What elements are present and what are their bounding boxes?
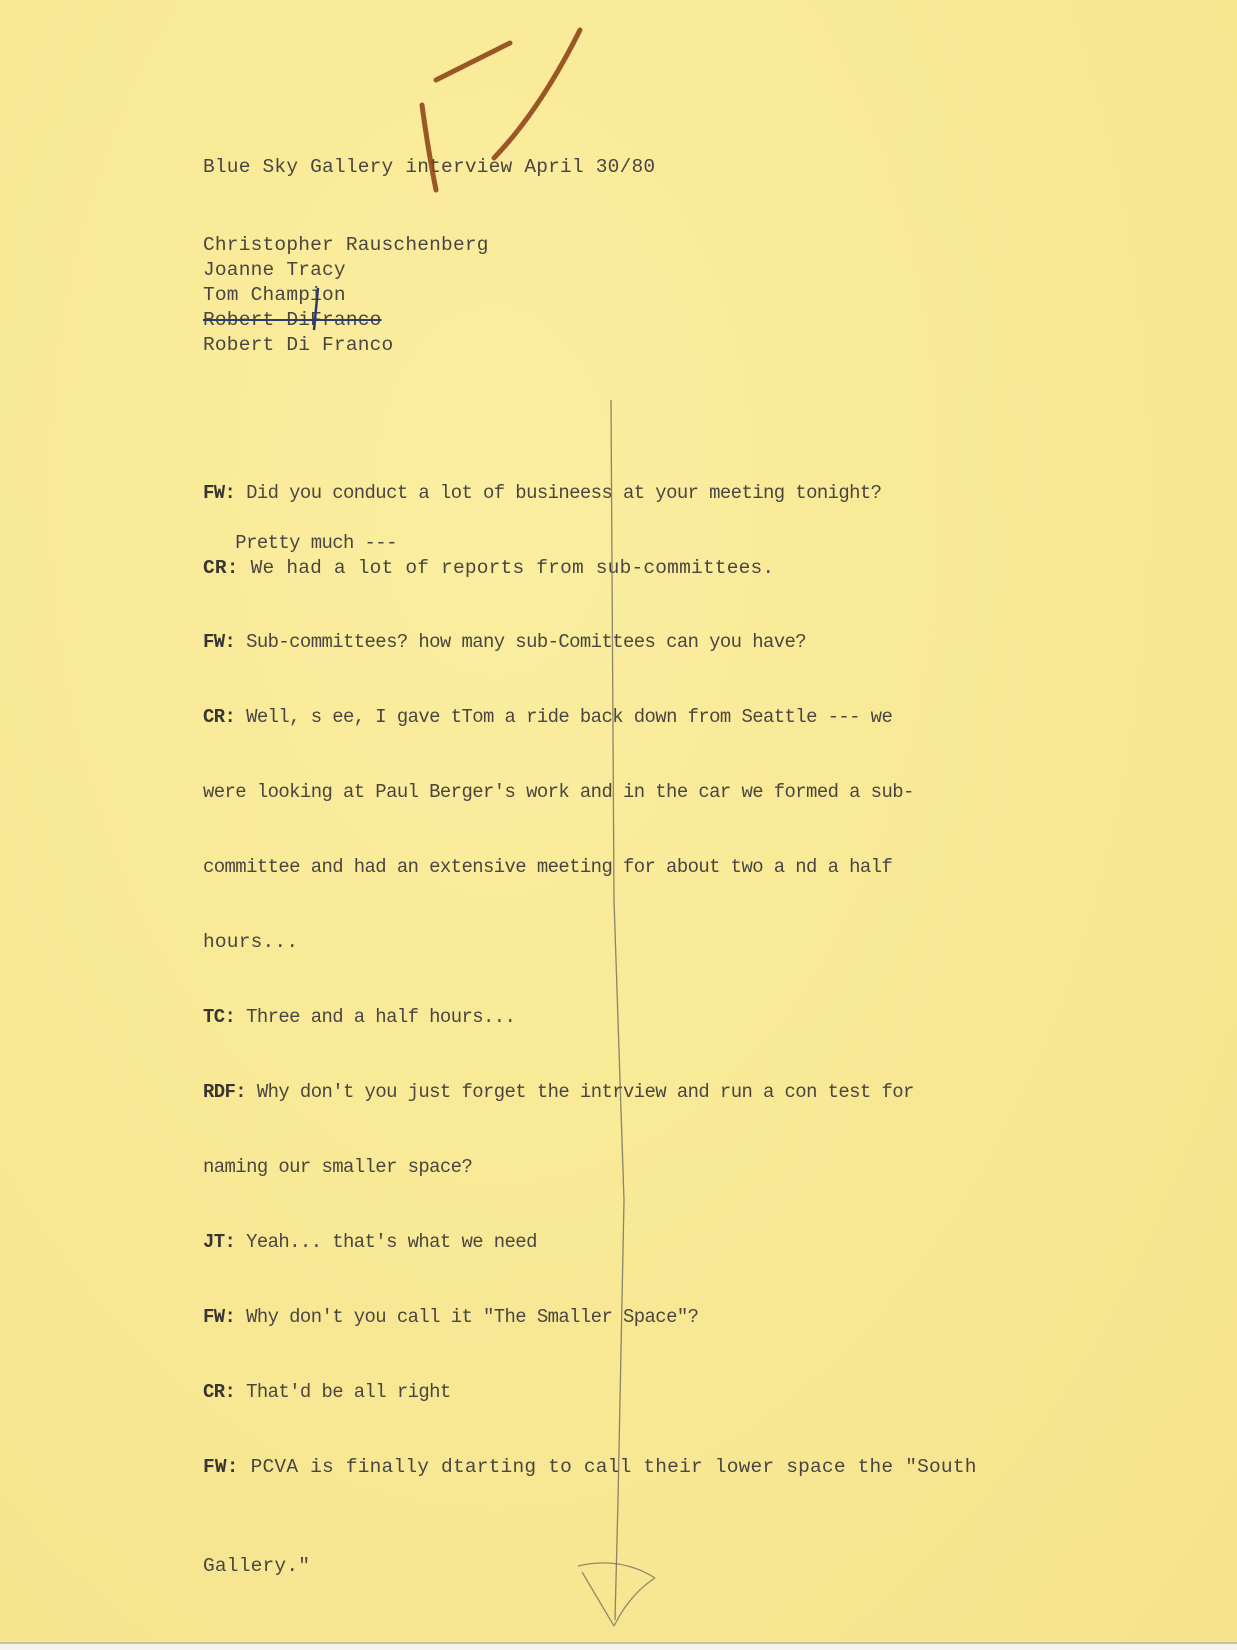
dialogue-line: JT: Yeah... that's what we need (203, 1231, 537, 1253)
dialogue-text: Sub-committees? how many sub-Comittees c… (235, 631, 806, 653)
participant-name: Tom Champion (203, 284, 346, 306)
dialogue-text: Gallery." (203, 1555, 310, 1577)
dialogue-line: FW: Did you conduct a lot of busineess a… (203, 482, 881, 504)
speaker-label: CR: (203, 706, 235, 728)
handwritten-marks (0, 0, 1237, 1642)
dialogue-line: hours... (203, 931, 298, 953)
participant-name-struck: Robert DiFranco (203, 309, 382, 331)
dialogue-text: Why don't you just forget the intrview a… (246, 1081, 914, 1103)
dialogue-line: Gallery." (203, 1555, 310, 1577)
dialogue-text: PCVA is finally dtarting to call their l… (239, 1456, 977, 1478)
dialogue-text: committee and had an extensive meeting f… (203, 856, 892, 878)
dialogue-text: We had a lot of reports from sub-committ… (239, 557, 775, 579)
speaker-label: FW: (203, 631, 235, 653)
dialogue-text: Did you conduct a lot of busineess at yo… (235, 482, 881, 504)
dialogue-text: were looking at Paul Berger's work and i… (203, 781, 914, 803)
pencil-guide-line (611, 400, 624, 1620)
dialogue-text: Yeah... that's what we need (235, 1231, 537, 1253)
speaker-label: CR: (203, 1381, 235, 1403)
dialogue-line: were looking at Paul Berger's work and i… (203, 781, 914, 803)
speaker-label: JT: (203, 1231, 235, 1253)
dialogue-line: FW: Sub-committees? how many sub-Comitte… (203, 631, 806, 653)
dialogue-line: TC: Three and a half hours... (203, 1006, 515, 1028)
dialogue-line: CR: That'd be all right (203, 1381, 451, 1403)
typed-page: Blue Sky Gallery interview April 30/80 C… (0, 0, 1237, 1644)
participant-name: Christopher Rauschenberg (203, 234, 489, 256)
speaker-label: RDF: (203, 1081, 246, 1103)
dialogue-line: CR: We had a lot of reports from sub-com… (203, 557, 774, 579)
dialogue-text: Three and a half hours... (235, 1006, 515, 1028)
participant-name: Robert Di Franco (203, 334, 393, 356)
dialogue-line: CR: Well, s ee, I gave tTom a ride back … (203, 706, 892, 728)
speaker-label: TC: (203, 1006, 235, 1028)
document-title: Blue Sky Gallery interview April 30/80 (203, 156, 655, 178)
dialogue-text: Why don't you call it "The Smaller Space… (235, 1306, 698, 1328)
dialogue-line: Pretty much --- (203, 532, 397, 554)
speaker-label: CR: (203, 557, 239, 579)
dialogue-text: naming our smaller space? (203, 1156, 472, 1178)
dialogue-text: Pretty much --- (203, 532, 397, 554)
participant-name: Joanne Tracy (203, 259, 346, 281)
speaker-label: FW: (203, 482, 235, 504)
dialogue-text: That'd be all right (235, 1381, 450, 1403)
pencil-sketch-icon (578, 1563, 655, 1626)
dialogue-text: Well, s ee, I gave tTom a ride back down… (235, 706, 892, 728)
dialogue-line: FW: PCVA is finally dtarting to call the… (203, 1456, 977, 1478)
dialogue-line: RDF: Why don't you just forget the intrv… (203, 1081, 914, 1103)
dialogue-text: hours... (203, 931, 298, 953)
dialogue-line: committee and had an extensive meeting f… (203, 856, 892, 878)
speaker-label: FW: (203, 1456, 239, 1478)
dialogue-line: FW: Why don't you call it "The Smaller S… (203, 1306, 698, 1328)
dialogue-line: naming our smaller space? (203, 1156, 472, 1178)
speaker-label: FW: (203, 1306, 235, 1328)
